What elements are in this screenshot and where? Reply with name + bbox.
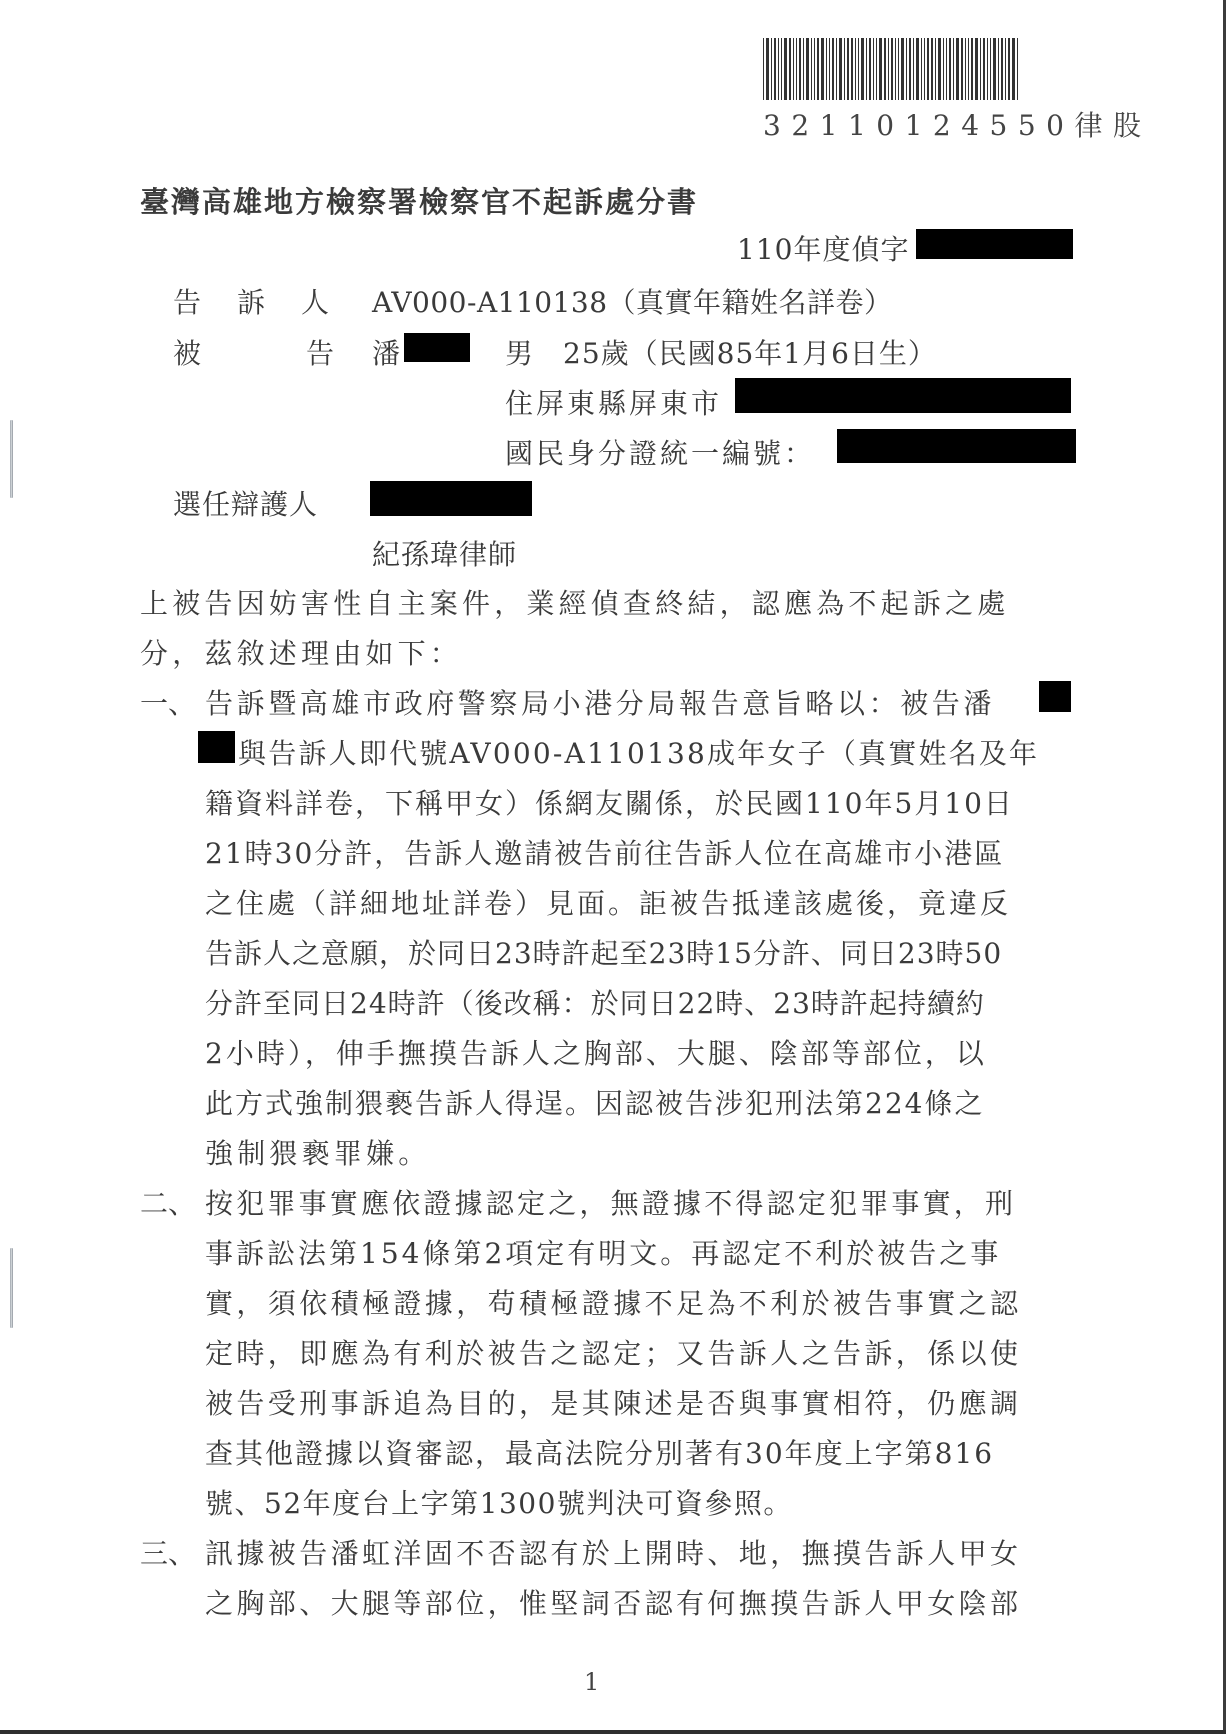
id-number-prefix: 國民身分證統一編號： — [505, 432, 815, 472]
complainant-value: AV000-A110138（真實年籍姓名詳卷） — [372, 281, 893, 321]
section-2-line: 被告受刑事訴追為目的，是其陳述是否與事實相符，仍應調 — [205, 1382, 1021, 1422]
redaction-box — [370, 481, 532, 516]
section-marker: 一、 — [140, 682, 196, 722]
section-1-line: 告訴人之意願，於同日23時許起至23時15分許、同日23時50 — [205, 932, 1002, 972]
defendant-info: 男 25歲（民國85年1月6日生） — [505, 332, 937, 372]
section-marker: 三、 — [140, 1532, 196, 1572]
redaction-box — [1039, 681, 1071, 712]
complainant-label: 告 訴 人 — [173, 281, 333, 321]
section-1-line: 2小時），伸手撫摸告訴人之胸部、大腿、陰部等部位，以 — [205, 1032, 987, 1072]
case-number: 110年度偵字 — [737, 228, 909, 268]
intro-line: 分，茲敘述理由如下： — [140, 632, 462, 672]
section-1-line: 之住處（詳細地址詳卷）見面。詎被告抵達該處後，竟違反 — [205, 882, 1011, 922]
section-1-line: 21時30分許，告訴人邀請被告前往告訴人位在高雄市小港區 — [205, 832, 1004, 872]
section-2-line: 事訴訟法第154條第2項定有明文。再認定不利於被告之事 — [205, 1232, 1001, 1272]
barcode-number: 32110124550律股 — [763, 104, 1151, 144]
address-prefix: 住屏東縣屏東市 — [505, 382, 722, 422]
redaction-box — [916, 229, 1073, 259]
barcode-icon — [763, 38, 1135, 100]
section-marker: 二、 — [140, 1182, 196, 1222]
section-1-line: 分許至同日24時許（後改稱：於同日22時、23時許起持續約 — [205, 982, 985, 1022]
binding-mark — [10, 420, 13, 498]
counsel-lawyer: 紀孫瑋律師 — [372, 533, 517, 573]
case-number-prefix: 110年度偵字 — [737, 233, 909, 266]
defendant-label-2: 告 — [306, 332, 336, 372]
section-2-line: 實，須依積極證據，苟積極證據不足為不利於被告事實之認 — [205, 1282, 1021, 1322]
redaction-box — [198, 731, 235, 763]
redaction-box — [735, 378, 1071, 413]
section-3-line: 之胸部、大腿等部位，惟堅詞否認有何撫摸告訴人甲女陰部 — [205, 1582, 1021, 1622]
redaction-box — [837, 429, 1076, 463]
page-number: 1 — [584, 1668, 599, 1696]
section-2-line: 號、52年度台上字第1300號判決可資參照。 — [205, 1482, 793, 1522]
counsel-label: 選任辯護人 — [173, 483, 318, 523]
redaction-box — [404, 333, 470, 362]
section-1-line: 強制猥褻罪嫌。 — [205, 1132, 430, 1172]
section-1-line: 籍資料詳卷，下稱甲女）係網友關係，於民國110年5月10日 — [205, 782, 1014, 822]
section-1-line: 告訴暨高雄市政府警察局小港分局報告意旨略以：被告潘 — [205, 682, 995, 722]
defendant-surname: 潘 — [372, 332, 402, 372]
defendant-label-1: 被 — [173, 332, 203, 372]
intro-line: 上被告因妨害性自主案件，業經偵查終結，認應為不起訴之處 — [140, 582, 1009, 622]
scan-border-bottom — [0, 1730, 1226, 1734]
section-1-line: 與告訴人即代號AV000-A110138成年女子（真實姓名及年 — [238, 732, 1039, 772]
binding-mark — [10, 1248, 13, 1328]
section-2-line: 按犯罪事實應依證據認定之，無證據不得認定犯罪事實，刑 — [205, 1182, 1016, 1222]
section-2-line: 定時，即應為有利於被告之認定；又告訴人之告訴，係以使 — [205, 1332, 1021, 1372]
document-title: 臺灣高雄地方檢察署檢察官不起訴處分書 — [140, 180, 698, 221]
section-3-line: 訊據被告潘虹洋固不否認有於上開時、地，撫摸告訴人甲女 — [205, 1532, 1021, 1572]
section-1-line: 此方式強制猥褻告訴人得逞。因認被告涉犯刑法第224條之 — [205, 1082, 984, 1122]
section-2-line: 查其他證據以資審認，最高法院分別著有30年度上字第816 — [205, 1432, 994, 1472]
